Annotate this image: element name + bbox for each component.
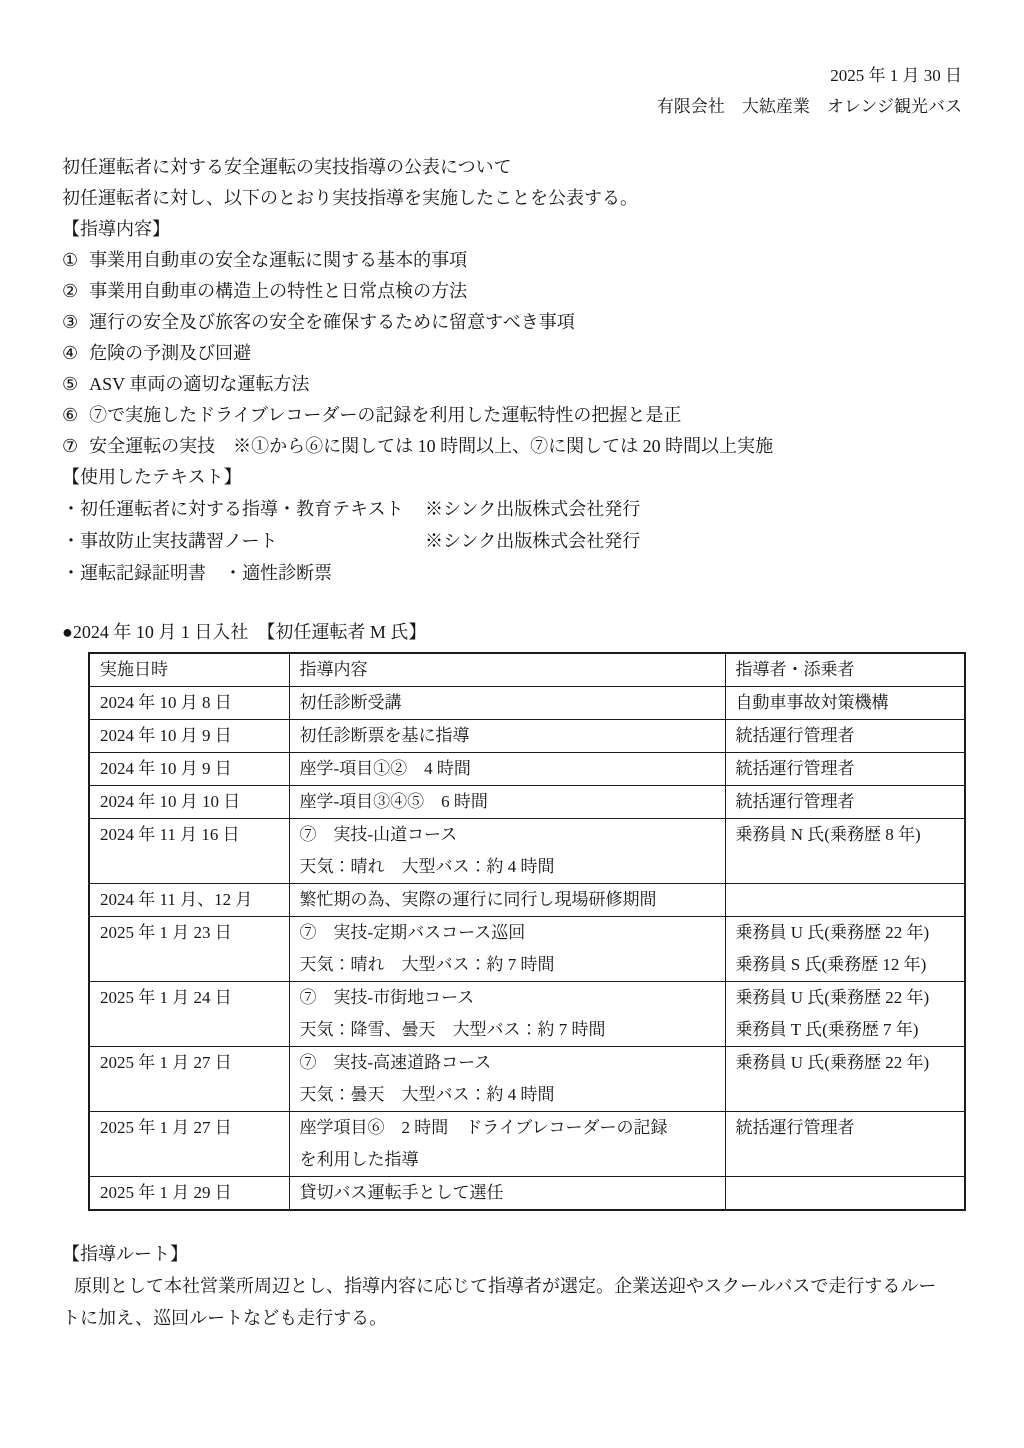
guidance-item: ⑥⑦で実施したドライブレコーダーの記録を利用した運転特性の把握と是正 [62,400,962,431]
cell-date: 2024 年 11 月 16 日 [89,819,289,884]
cell-content: 貸切バス運転手として選任 [289,1177,725,1211]
cell-instructor: 統括運行管理者 [725,720,965,753]
cell-date: 2024 年 10 月 8 日 [89,687,289,720]
cell-date: 2024 年 10 月 9 日 [89,720,289,753]
table-row: 2025 年 1 月 27 日座学項目⑥ 2 時間 ドライブレコーダーの記録を利… [89,1112,965,1177]
cell-date: 2025 年 1 月 23 日 [89,917,289,982]
route-text-line: トに加え、巡回ルートなども走行する。 [62,1302,962,1334]
route-text-line: 原則として本社営業所周辺とし、指導内容に応じて指導者が選定。企業送迎やスクールバ… [62,1270,962,1302]
cell-line: 2025 年 1 月 29 日 [100,1177,279,1209]
cell-instructor: 乗務員 N 氏(乗務歴 8 年) [725,819,965,884]
table-row: 2024 年 10 月 8 日初任診断受講自動車事故対策機構 [89,687,965,720]
cell-instructor [725,1177,965,1211]
text-item-name: ・運転記録証明書 ・適性診断票 [62,557,425,589]
guidance-item-number: ⑦ [62,431,78,462]
cell-line: 統括運行管理者 [736,753,955,785]
cell-line: 繁忙期の為、実際の運行に同行し現場研修期間 [300,884,715,916]
table-row: 2024 年 10 月 10 日座学-項目③④⑤ 6 時間統括運行管理者 [89,786,965,819]
guidance-route-section: 【指導ルート】 原則として本社営業所周辺とし、指導内容に応じて指導者が選定。企業… [62,1239,962,1334]
cell-line: 統括運行管理者 [736,786,955,818]
guidance-item: ⑦安全運転の実技 ※①から⑥に関しては 10 時間以上、⑦に関しては 20 時間… [62,431,962,462]
cell-instructor [725,884,965,917]
text-item: ・初任運転者に対する指導・教育テキスト※シンク出版株式会社発行 [62,493,962,525]
document-date: 2025 年 1 月 30 日 [62,60,962,91]
cell-line: ⑦ 実技-高速道路コース [300,1047,715,1079]
table-row: 2024 年 10 月 9 日初任診断票を基に指導統括運行管理者 [89,720,965,753]
intro-section: 初任運転者に対する安全運転の実技指導の公表について 初任運転者に対し、以下のとお… [62,152,962,214]
table-row: 2025 年 1 月 23 日⑦ 実技-定期バスコース巡回天気：晴れ 大型バス：… [89,917,965,982]
cell-line: 2024 年 10 月 10 日 [100,786,279,818]
intro-statement: 初任運転者に対し、以下のとおり実技指導を実施したことを公表する。 [62,183,962,214]
cell-instructor: 統括運行管理者 [725,786,965,819]
cell-line: 貸切バス運転手として選任 [300,1177,715,1209]
cell-line: 天気：曇天 大型バス：約 4 時間 [300,1079,715,1111]
cell-line: 統括運行管理者 [736,1112,955,1144]
company-name: 有限会社 大紘産業 オレンジ観光バス [62,91,962,122]
route-body: 原則として本社営業所周辺とし、指導内容に応じて指導者が選定。企業送迎やスクールバ… [62,1270,962,1334]
text-item-name: ・初任運転者に対する指導・教育テキスト [62,493,425,525]
guidance-item-text: 安全運転の実技 ※①から⑥に関しては 10 時間以上、⑦に関しては 20 時間以… [89,436,773,456]
cell-line: 2024 年 10 月 9 日 [100,720,279,752]
training-record-section: ●2024 年 10 月 1 日入社 【初任運転者 M 氏】 実施日時指導内容指… [62,617,962,1211]
route-heading: 【指導ルート】 [62,1239,962,1270]
table-column-header: 指導内容 [289,653,725,687]
guidance-item-number: ⑤ [62,369,78,400]
cell-line: ⑦ 実技-市街地コース [300,982,715,1014]
cell-line: ⑦ 実技-定期バスコース巡回 [300,917,715,949]
cell-line: 座学-項目①② 4 時間 [300,753,715,785]
cell-date: 2025 年 1 月 24 日 [89,982,289,1047]
guidance-heading: 【指導内容】 [62,214,962,245]
table-row: 2025 年 1 月 29 日貸切バス運転手として選任 [89,1177,965,1211]
cell-instructor: 乗務員 U 氏(乗務歴 22 年)乗務員 S 氏(乗務歴 12 年) [725,917,965,982]
document-header: 2025 年 1 月 30 日 有限会社 大紘産業 オレンジ観光バス [62,60,962,122]
cell-line: 乗務員 U 氏(乗務歴 22 年) [736,1047,955,1079]
cell-line: 座学-項目③④⑤ 6 時間 [300,786,715,818]
guidance-item: ③運行の安全及び旅客の安全を確保するために留意すべき事項 [62,307,962,338]
cell-line: 初任診断受講 [300,687,715,719]
table-row: 2024 年 11 月、12 月繁忙期の為、実際の運行に同行し現場研修期間 [89,884,965,917]
table-row: 2024 年 10 月 9 日座学-項目①② 4 時間統括運行管理者 [89,753,965,786]
guidance-content-section: 【指導内容】 ①事業用自動車の安全な運転に関する基本的事項②事業用自動車の構造上… [62,214,962,462]
cell-instructor: 乗務員 U 氏(乗務歴 22 年)乗務員 T 氏(乗務歴 7 年) [725,982,965,1047]
cell-content: 座学項目⑥ 2 時間 ドライブレコーダーの記録を利用した指導 [289,1112,725,1177]
cell-line: 天気：晴れ 大型バス：約 4 時間 [300,851,715,883]
guidance-item: ⑤ASV 車両の適切な運転方法 [62,369,962,400]
text-item: ・事故防止実技講習ノート※シンク出版株式会社発行 [62,525,962,557]
cell-date: 2025 年 1 月 27 日 [89,1112,289,1177]
guidance-item-number: ② [62,276,78,307]
table-header-row: 実施日時指導内容指導者・添乗者 [89,653,965,687]
texts-list: ・初任運転者に対する指導・教育テキスト※シンク出版株式会社発行・事故防止実技講習… [62,493,962,589]
texts-heading: 【使用したテキスト】 [62,462,962,493]
cell-line: 座学項目⑥ 2 時間 ドライブレコーダーの記録 [300,1112,715,1144]
cell-line: 2024 年 10 月 9 日 [100,753,279,785]
cell-line: 乗務員 N 氏(乗務歴 8 年) [736,819,955,851]
guidance-item: ②事業用自動車の構造上の特性と日常点検の方法 [62,276,962,307]
record-heading: ●2024 年 10 月 1 日入社 【初任運転者 M 氏】 [62,617,962,648]
cell-line: 天気：降雪、曇天 大型バス：約 7 時間 [300,1014,715,1046]
guidance-item-text: 事業用自動車の構造上の特性と日常点検の方法 [89,281,467,301]
guidance-item-number: ④ [62,338,78,369]
table-row: 2024 年 11 月 16 日⑦ 実技-山道コース天気：晴れ 大型バス：約 4… [89,819,965,884]
cell-line: 乗務員 S 氏(乗務歴 12 年) [736,949,955,981]
training-record-table: 実施日時指導内容指導者・添乗者2024 年 10 月 8 日初任診断受講自動車事… [88,652,966,1211]
table-column-header: 実施日時 [89,653,289,687]
guidance-item-text: 運行の安全及び旅客の安全を確保するために留意すべき事項 [89,312,575,332]
cell-line: 天気：晴れ 大型バス：約 7 時間 [300,949,715,981]
cell-content: ⑦ 実技-市街地コース天気：降雪、曇天 大型バス：約 7 時間 [289,982,725,1047]
cell-content: 初任診断受講 [289,687,725,720]
cell-line: 統括運行管理者 [736,720,955,752]
cell-line: 2025 年 1 月 24 日 [100,982,279,1014]
cell-content: 座学-項目③④⑤ 6 時間 [289,786,725,819]
cell-date: 2024 年 10 月 9 日 [89,753,289,786]
guidance-item: ①事業用自動車の安全な運転に関する基本的事項 [62,245,962,276]
guidance-item-number: ⑥ [62,400,78,431]
cell-line: 乗務員 T 氏(乗務歴 7 年) [736,1014,955,1046]
cell-date: 2024 年 11 月、12 月 [89,884,289,917]
document-page: 2025 年 1 月 30 日 有限会社 大紘産業 オレンジ観光バス 初任運転者… [0,0,1024,1448]
text-item-publisher-note: ※シンク出版株式会社発行 [425,525,640,557]
cell-line: 初任診断票を基に指導 [300,720,715,752]
text-item-name: ・事故防止実技講習ノート [62,525,425,557]
guidance-item: ④危険の予測及び回避 [62,338,962,369]
cell-line: 2024 年 11 月、12 月 [100,884,279,916]
guidance-item-text: ⑦で実施したドライブレコーダーの記録を利用した運転特性の把握と是正 [89,405,681,425]
cell-instructor: 統括運行管理者 [725,753,965,786]
guidance-item-text: ASV 車両の適切な運転方法 [89,374,309,394]
cell-content: ⑦ 実技-定期バスコース巡回天気：晴れ 大型バス：約 7 時間 [289,917,725,982]
cell-line: 2024 年 10 月 8 日 [100,687,279,719]
cell-content: 初任診断票を基に指導 [289,720,725,753]
text-item: ・運転記録証明書 ・適性診断票 [62,557,962,589]
cell-line: 2025 年 1 月 23 日 [100,917,279,949]
text-item-publisher-note: ※シンク出版株式会社発行 [425,493,640,525]
cell-content: 繁忙期の為、実際の運行に同行し現場研修期間 [289,884,725,917]
cell-instructor: 乗務員 U 氏(乗務歴 22 年) [725,1047,965,1112]
cell-line: を利用した指導 [300,1144,715,1176]
texts-used-section: 【使用したテキスト】 ・初任運転者に対する指導・教育テキスト※シンク出版株式会社… [62,462,962,589]
cell-content: 座学-項目①② 4 時間 [289,753,725,786]
guidance-item-text: 危険の予測及び回避 [89,343,251,363]
guidance-item-number: ③ [62,307,78,338]
cell-line: 2024 年 11 月 16 日 [100,819,279,851]
table-row: 2025 年 1 月 24 日⑦ 実技-市街地コース天気：降雪、曇天 大型バス：… [89,982,965,1047]
guidance-item-text: 事業用自動車の安全な運転に関する基本的事項 [89,250,467,270]
cell-date: 2025 年 1 月 27 日 [89,1047,289,1112]
guidance-item-number: ① [62,245,78,276]
cell-line: 自動車事故対策機構 [736,687,955,719]
table-column-header: 指導者・添乗者 [725,653,965,687]
cell-date: 2024 年 10 月 10 日 [89,786,289,819]
cell-content: ⑦ 実技-山道コース天気：晴れ 大型バス：約 4 時間 [289,819,725,884]
cell-line: 乗務員 U 氏(乗務歴 22 年) [736,982,955,1014]
cell-line: ⑦ 実技-山道コース [300,819,715,851]
cell-instructor: 自動車事故対策機構 [725,687,965,720]
cell-date: 2025 年 1 月 29 日 [89,1177,289,1211]
document-title: 初任運転者に対する安全運転の実技指導の公表について [62,152,962,183]
cell-line: 乗務員 U 氏(乗務歴 22 年) [736,917,955,949]
table-row: 2025 年 1 月 27 日⑦ 実技-高速道路コース天気：曇天 大型バス：約 … [89,1047,965,1112]
cell-line: 2025 年 1 月 27 日 [100,1112,279,1144]
cell-content: ⑦ 実技-高速道路コース天気：曇天 大型バス：約 4 時間 [289,1047,725,1112]
guidance-list: ①事業用自動車の安全な運転に関する基本的事項②事業用自動車の構造上の特性と日常点… [62,245,962,462]
cell-line: 2025 年 1 月 27 日 [100,1047,279,1079]
cell-instructor: 統括運行管理者 [725,1112,965,1177]
